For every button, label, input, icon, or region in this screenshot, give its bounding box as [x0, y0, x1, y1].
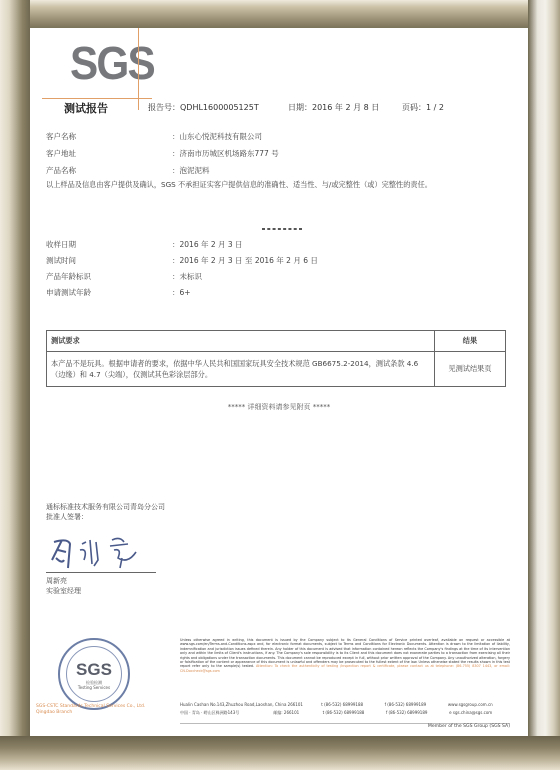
certificate-paper: SGS 测试报告 报告号：QDHL1600005125T 日期：2016 年 2…	[30, 28, 528, 736]
seal-subtitle: 检验检测 Testing Services	[60, 680, 128, 690]
test-period-row: 测试时间：2016 年 2 月 3 日 至 2016 年 2 月 6 日	[46, 255, 318, 266]
seal-logo: SGS	[60, 660, 128, 680]
report-date: 日期：2016 年 2 月 8 日	[288, 102, 379, 113]
signer-name: 周新亮	[46, 576, 81, 586]
frame-right-edge	[528, 0, 560, 770]
frame-left-edge	[0, 0, 30, 770]
age-label-row: 产品年龄标识：未标识	[46, 271, 202, 282]
field-label: 产品名称	[46, 165, 172, 176]
field-value: ：济南市历城区机场路东777 号	[172, 149, 279, 158]
result-cell: 见测试结果页	[435, 352, 506, 387]
logo-guide-line	[138, 28, 139, 110]
requirement-cell: 本产品不是玩具。根据申请者的要求，依据中华人民共和国国家玩具安全技术规范 GB6…	[47, 352, 435, 387]
report-number: 报告号：QDHL1600005125T	[148, 102, 259, 113]
sample-disclaimer: 以上样品及信息由客户提供及确认，SGS 不承担证实客户提供信息的准确性、适当性、…	[46, 179, 516, 190]
field-label: 客户地址	[46, 148, 172, 159]
phone: t (86-532) 68999188	[323, 710, 385, 715]
signer-info: 周新亮 实验室经理	[46, 576, 81, 596]
client-name-row: 客户名称：山东心悦泥科技有限公司	[46, 131, 262, 142]
seal-subtitle-en: Testing Services	[60, 685, 128, 690]
email: e sgs.china@sgs.com	[449, 710, 492, 715]
client-address-row: 客户地址：济南市历城区机场路东777 号	[46, 148, 279, 159]
table-row: 本产品不是玩具。根据申请者的要求，依据中华人民共和国国家玩具安全技术规范 GB6…	[47, 352, 506, 387]
detail-note: ***** 详细资料请参见附页 *****	[30, 402, 528, 412]
issuing-company: 通标标准技术服务有限公司青岛分公司	[46, 502, 165, 512]
test-results-table: 测试要求 结果 本产品不是玩具。根据申请者的要求，依据中华人民共和国国家玩具安全…	[46, 330, 506, 387]
requested-age-row: 申请测试年龄：6+	[46, 287, 191, 298]
address-row-cn: 中国 · 青岛 · 崂山区株洲路143号 邮编: 266101 t (86-53…	[180, 710, 510, 716]
frame-top-edge	[0, 0, 560, 28]
header-requirement: 测试要求	[47, 331, 435, 352]
field-label: 客户名称	[46, 131, 172, 142]
report-title: 测试报告	[64, 100, 108, 116]
header-result: 结果	[435, 331, 506, 352]
page-number: 页码：1 / 2	[402, 102, 444, 113]
field-value: ：泡泥泥料	[172, 166, 210, 175]
field-value: ：2016 年 2 月 3 日 至 2016 年 2 月 6 日	[172, 256, 318, 265]
phone: t (86-532) 68999188	[321, 702, 383, 707]
sgs-seal-stamp: SGS 检验检测 Testing Services	[58, 638, 130, 710]
fax: f (86-532) 68999189	[386, 710, 448, 715]
address: 中国 · 青岛 · 崂山区株洲路143号	[180, 710, 272, 716]
address: Hualin Cashan No.143,Zhuzhou Road,Laosha…	[180, 702, 320, 707]
field-value: ：6+	[172, 288, 191, 297]
frame-bottom-edge	[0, 736, 560, 770]
field-label: 收样日期	[46, 239, 172, 250]
signature-block: 通标标准技术服务有限公司青岛分公司 批准人签署：	[46, 502, 165, 522]
field-value: ：山东心悦泥科技有限公司	[172, 132, 262, 141]
field-label: 产品年龄标识	[46, 271, 172, 282]
address-row-en: Hualin Cashan No.143,Zhuzhou Road,Laosha…	[180, 702, 510, 707]
product-name-row: 产品名称：泡泥泥料	[46, 165, 210, 176]
signature-line	[46, 572, 156, 573]
signer-title: 实验室经理	[46, 586, 81, 596]
authorized-label: 批准人签署：	[46, 512, 165, 522]
member-note: Member of the SGS Group (SGS SA)	[428, 724, 510, 729]
separator	[262, 228, 302, 230]
sgs-logo: SGS	[70, 36, 154, 90]
field-label: 测试时间	[46, 255, 172, 266]
field-value: ：未标识	[172, 272, 202, 281]
seal-company-note: SGS-CSTC Standards Technical Services Co…	[36, 704, 148, 716]
fax: f (86-532) 68999189	[385, 702, 447, 707]
field-label: 申请测试年龄	[46, 287, 172, 298]
logo-guide-line	[42, 98, 152, 99]
terms-fine-print: Unless otherwise agreed in writing, this…	[180, 638, 510, 673]
field-value: ：2016 年 2 月 3 日	[172, 240, 243, 249]
receive-date-row: 收样日期：2016 年 2 月 3 日	[46, 239, 243, 250]
website: www.sgsgroup.com.cn	[448, 702, 493, 707]
table-header-row: 测试要求 结果	[47, 331, 506, 352]
handwritten-signature	[48, 530, 158, 572]
zip: 邮编: 266101	[273, 710, 321, 716]
